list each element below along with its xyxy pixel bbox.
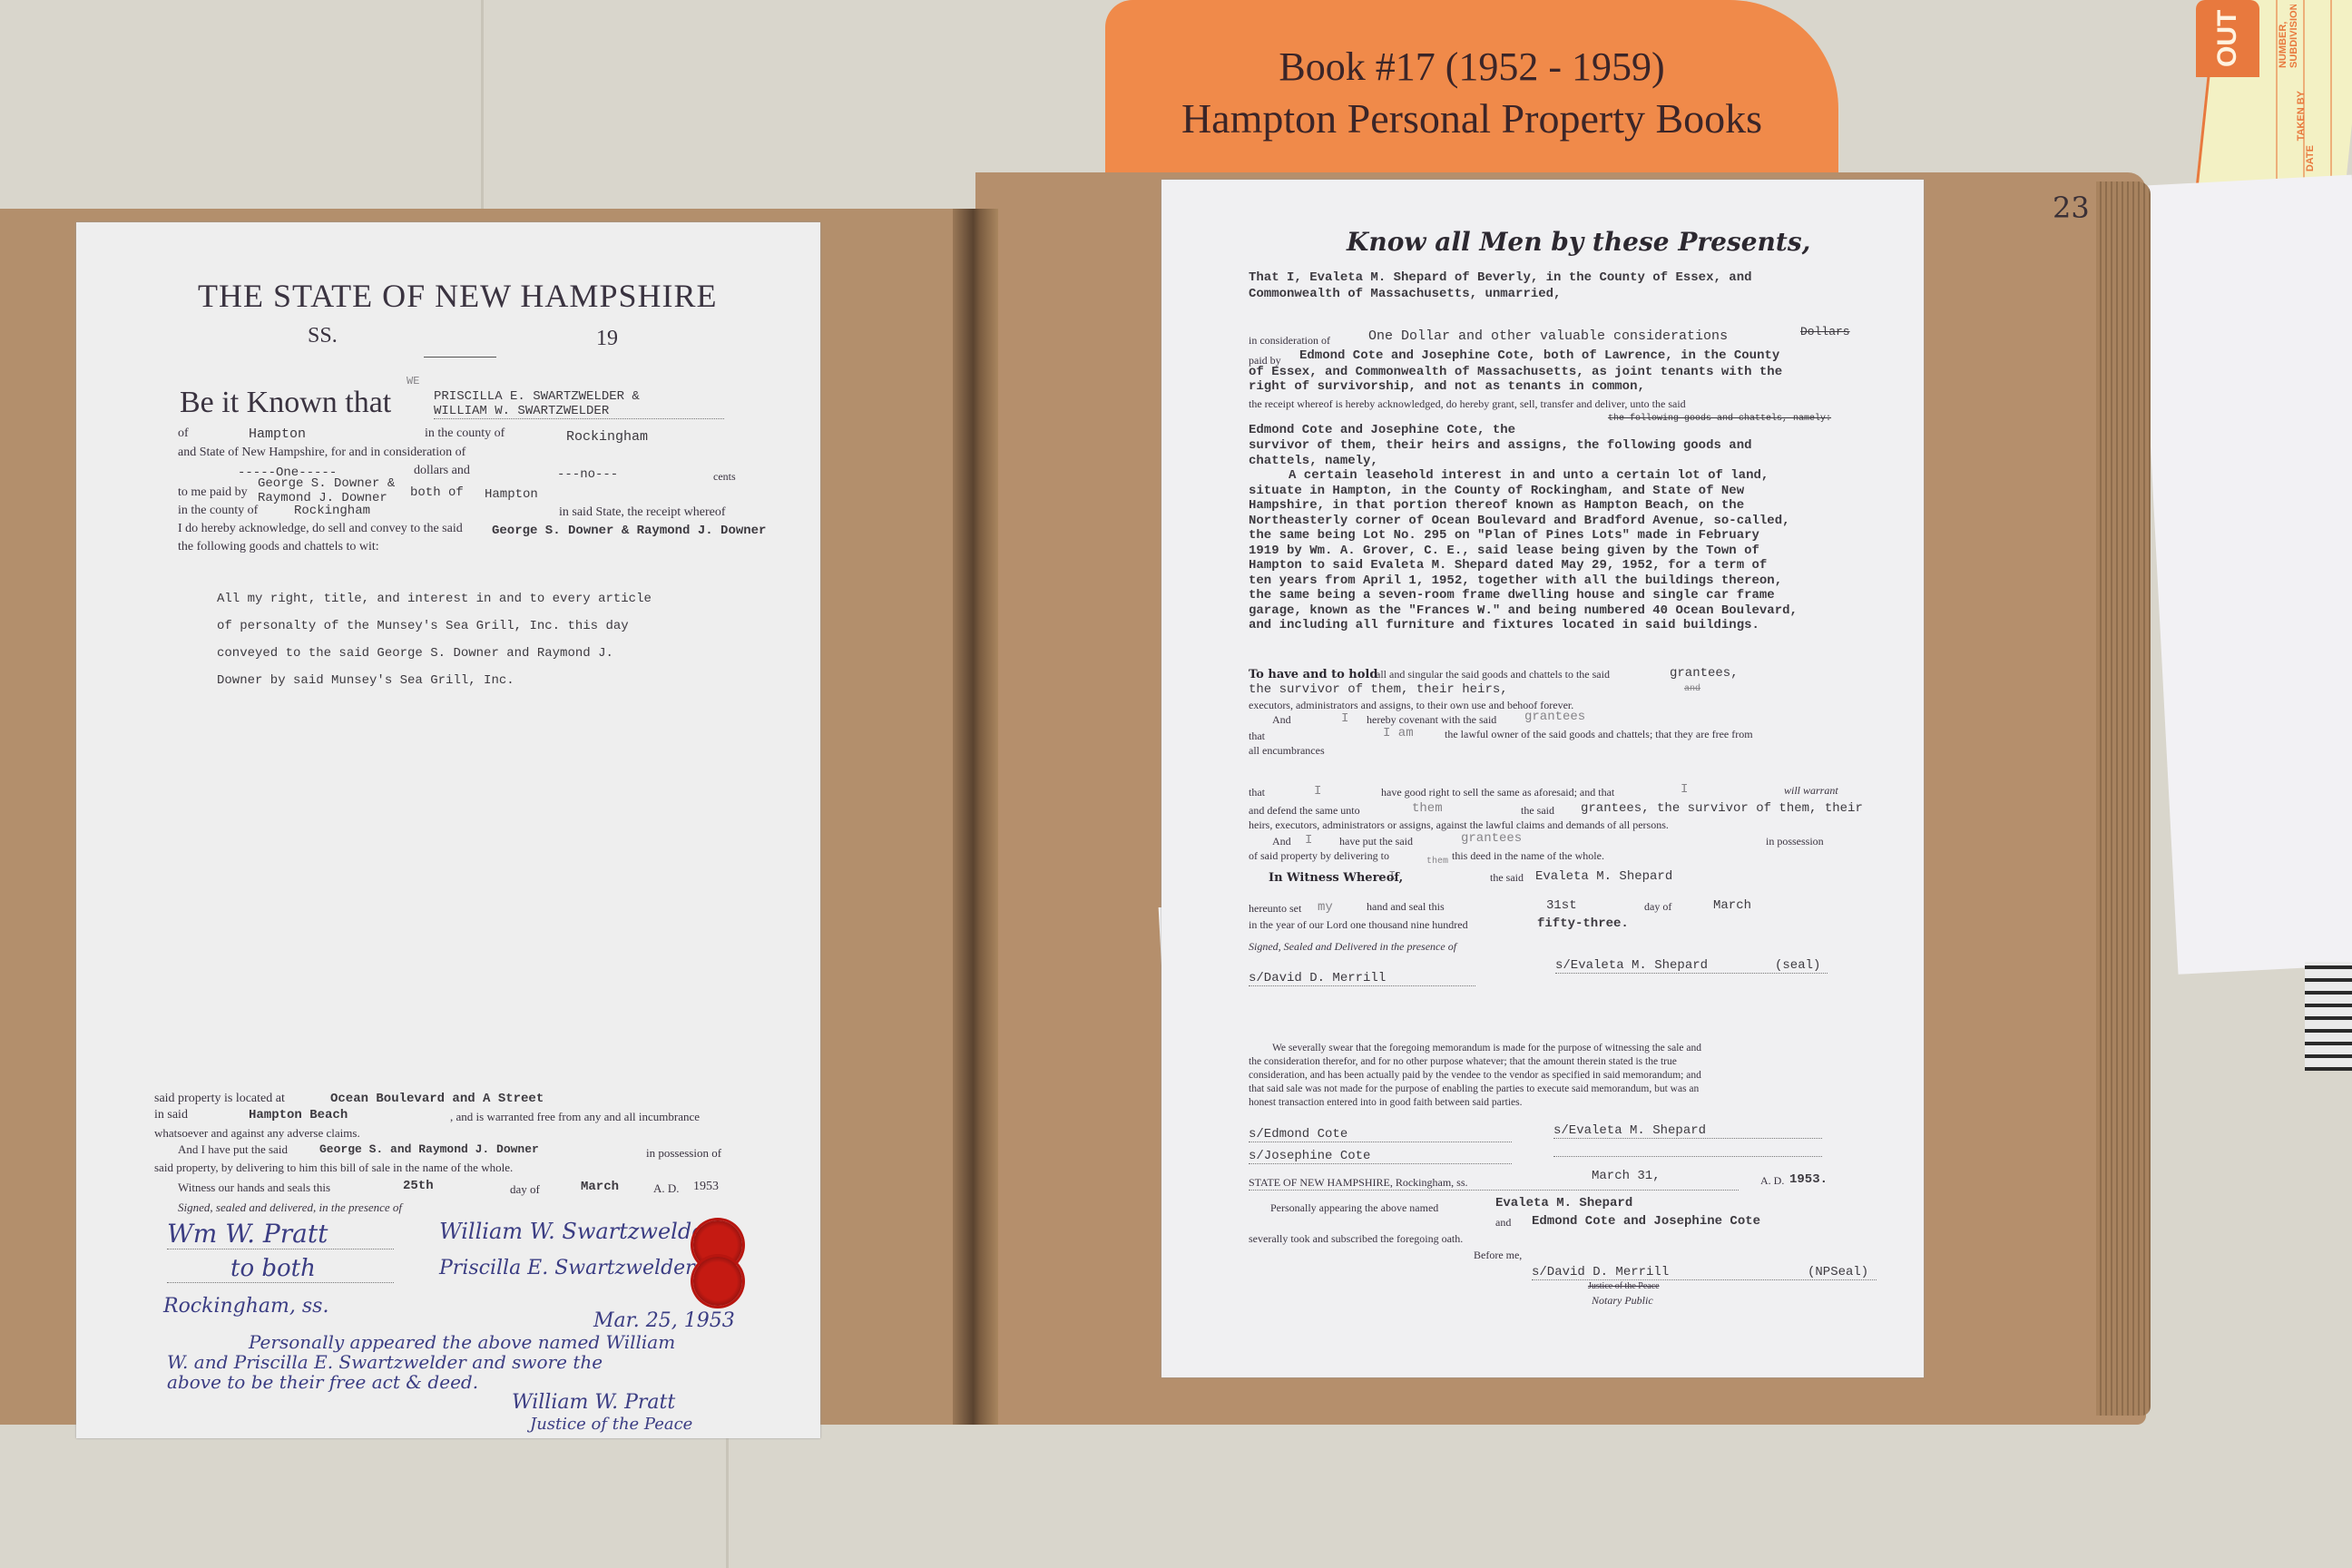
- handwritten-ack-line: above to be their free act & deed.: [167, 1371, 478, 1393]
- bill-of-sale-document: THE STATE OF NEW HAMPSHIRE SS. 19 Be it …: [76, 222, 820, 1438]
- year-blank-line: [424, 357, 496, 358]
- possession-label: And I have put the said: [178, 1142, 288, 1157]
- witness-heading: In Witness Whereof,: [1269, 871, 1403, 885]
- handwritten-county: Rockingham, ss.: [163, 1295, 328, 1318]
- witness-year: 1953: [693, 1180, 719, 1194]
- goods-line: Downer by said Munsey's Sea Grill, Inc.: [217, 667, 652, 694]
- that-label: that: [1249, 730, 1265, 743]
- description-line: Northeasterly corner of Ocean Boulevard …: [1249, 514, 1798, 529]
- in-said-label: in said: [154, 1108, 188, 1122]
- description-line: A certain leasehold interest in and unto…: [1249, 468, 1798, 484]
- paid-by-line: of Essex, and Commonwealth of Massachuse…: [1249, 365, 1782, 379]
- description-line: ten years from April 1, 1952, together w…: [1249, 573, 1798, 589]
- description-line: situate in Hampton, in the County of Roc…: [1249, 484, 1798, 499]
- description-line: Hampton to said Evaleta M. Shepard dated…: [1249, 558, 1798, 573]
- be-it-known-heading: Be it Known that: [180, 386, 391, 420]
- located-label: said property is located at: [154, 1092, 285, 1106]
- witness-i: I: [1388, 869, 1396, 884]
- oath-line: We severally swear that the foregoing me…: [1249, 1042, 1820, 1055]
- in-said-place: Hampton Beach: [249, 1108, 348, 1122]
- grantees-line: Edmond Cote and Josephine Cote, the: [1249, 423, 1515, 437]
- oath-paragraph: We severally swear that the foregoing me…: [1249, 1042, 1820, 1110]
- intro-line: That I, Evaleta M. Shepard of Beverly, i…: [1249, 270, 1752, 285]
- right-text: have good right to sell the same as afor…: [1381, 786, 1614, 799]
- county-label: in the county of: [425, 426, 505, 441]
- jurat-date: March 31,: [1592, 1169, 1661, 1183]
- book-label-title: Book #17 (1952 - 1959): [1105, 44, 1838, 90]
- my-insert: my: [1318, 900, 1333, 915]
- out-card-col-number: NUMBER, SUBDIVISION: [2278, 5, 2299, 68]
- adverse-text: whatsoever and against any adverse claim…: [154, 1126, 360, 1141]
- jurat-year: 1953.: [1789, 1172, 1828, 1187]
- right-i-2: I: [1681, 782, 1688, 797]
- put-text: have put the said: [1339, 835, 1413, 848]
- handwritten-ack-line: W. and Priscilla E. Swartzwelder and swo…: [167, 1351, 603, 1373]
- description-line: Hampshire, in that portion thereof known…: [1249, 498, 1798, 514]
- convey-text: I do hereby acknowledge, do sell and con…: [178, 522, 463, 536]
- covenant-i: I: [1341, 711, 1348, 726]
- put-grantees: grantees: [1461, 831, 1522, 846]
- deed-document: Know all Men by these Presents, That I, …: [1161, 180, 1924, 1377]
- habendum-heading: To have and to hold: [1249, 668, 1377, 681]
- loose-white-sheet: [2137, 175, 2352, 975]
- deliver-text: of said property by delivering to: [1249, 849, 1389, 863]
- warranted-text: , and is warranted free from any and all…: [450, 1110, 700, 1124]
- deliver-rest: this deed in the name of the whole.: [1452, 849, 1604, 863]
- oath-line: the consideration therefor, and for no o…: [1249, 1055, 1820, 1069]
- grantor-2: WILLIAM W. SWARTZWELDER: [434, 404, 724, 419]
- notary-struck-title: Justice of the Peace: [1588, 1281, 1660, 1291]
- covenant-and: And: [1272, 713, 1291, 727]
- deed-day: 31st: [1546, 898, 1577, 913]
- grantee-county: Rockingham: [294, 504, 370, 518]
- table-seam: [726, 1416, 729, 1568]
- deed-month: March: [1713, 898, 1751, 913]
- year-prefix: 19: [596, 327, 618, 351]
- goods-line: of personalty of the Munsey's Sea Grill,…: [217, 612, 652, 640]
- notary-seal-label: (NPSeal): [1808, 1265, 1868, 1279]
- habendum-grantees: grantees,: [1670, 666, 1739, 681]
- witness-day: 25th: [403, 1179, 434, 1193]
- grantor-town: Hampton: [249, 426, 306, 442]
- paid-by-label: to me paid by: [178, 485, 248, 500]
- page-edges: [2096, 181, 2151, 1416]
- county-label-2: in the county of: [178, 504, 258, 518]
- cents-amount: ---no---: [557, 467, 618, 482]
- paid-by-line: Edmond Cote and Josephine Cote, both of …: [1299, 348, 1779, 363]
- defend-names: grantees, the survivor of them, their: [1581, 801, 1863, 816]
- state-heading: THE STATE OF NEW HAMPSHIRE: [198, 277, 717, 315]
- justice-title: Justice of the Peace: [530, 1415, 692, 1434]
- to-both-note: to both: [167, 1255, 394, 1283]
- dollars-label: dollars and: [414, 464, 470, 478]
- description-line: 1919 by Wm. A. Grover, C. E., said lease…: [1249, 544, 1798, 559]
- year-text: in the year of our Lord one thousand nin…: [1249, 918, 1468, 932]
- hereunto-text: hereunto set: [1249, 902, 1301, 916]
- appearing-text: Personally appearing the above named: [1270, 1201, 1438, 1215]
- receipt-text: the receipt whereof is hereby acknowledg…: [1249, 397, 1686, 411]
- in-possession: in possession: [1766, 835, 1824, 848]
- we-insert: WE: [407, 375, 419, 387]
- jurat-state: STATE OF NEW HAMPSHIRE, Rockingham, ss.: [1249, 1176, 1739, 1191]
- signed-presence-text: Signed, sealed and delivered, in the pre…: [178, 1200, 402, 1215]
- day-of-label: day of: [510, 1182, 540, 1197]
- put-and: And: [1272, 835, 1291, 848]
- oath-signature: s/Edmond Cote: [1249, 1127, 1512, 1142]
- grantees-line: chattels, namely,: [1249, 454, 1378, 468]
- table-seam: [481, 0, 484, 218]
- witness-month: March: [581, 1180, 619, 1194]
- deed-day-of: day of: [1644, 900, 1671, 914]
- grantor-signature-2: Priscilla E. Swartzwelder: [439, 1257, 695, 1279]
- goods-description: All my right, title, and interest in and…: [217, 585, 652, 694]
- oath-line: consideration, and has been actually pai…: [1249, 1069, 1820, 1083]
- encumbrances-text: all encumbrances: [1249, 744, 1325, 758]
- grantee-1: George S. Downer &: [258, 476, 395, 491]
- oath-signature-line: [1553, 1156, 1822, 1157]
- intro-line: Commonwealth of Massachusetts, unmarried…: [1249, 287, 1561, 301]
- goods-line: All my right, title, and interest in and…: [217, 585, 652, 612]
- handwritten-ack-line: Personally appeared the above named Will…: [249, 1331, 675, 1353]
- goods-line: conveyed to the said George S. Downer an…: [217, 640, 652, 667]
- will-warrant: will warrant: [1784, 784, 1838, 798]
- property-description: A certain leasehold interest in and unto…: [1249, 468, 1798, 633]
- consideration-amount: One Dollar and other valuable considerat…: [1368, 328, 1728, 344]
- appearing-name-2: Edmond Cote and Josephine Cote: [1532, 1214, 1760, 1229]
- defend-them: them: [1412, 801, 1443, 816]
- page-number: 23: [2053, 191, 2090, 225]
- appearing-name-1: Evaleta M. Shepard: [1495, 1196, 1632, 1210]
- witness-signature: Wm W. Pratt: [167, 1219, 394, 1249]
- ad-label: A. D.: [653, 1181, 680, 1196]
- put-i: I: [1305, 833, 1312, 848]
- right-i: I: [1314, 784, 1321, 799]
- oath-signature: s/Josephine Cote: [1249, 1149, 1512, 1164]
- description-line: and including all furniture and fixtures…: [1249, 618, 1798, 633]
- seal-label: (seal): [1775, 958, 1820, 973]
- justice-signature: William W. Pratt: [512, 1391, 675, 1414]
- i-am: I am: [1383, 726, 1414, 740]
- possession-of: in possession of: [646, 1146, 721, 1161]
- wax-seal: [693, 1257, 742, 1306]
- out-card-col-date: DATE: [2305, 145, 2316, 171]
- handwritten-date: Mar. 25, 1953: [593, 1309, 735, 1332]
- description-line: garage, known as the "Frances W." and be…: [1249, 603, 1798, 619]
- witness-name: Evaleta M. Shepard: [1535, 869, 1672, 884]
- paid-by-line: right of survivorship, and not as tenant…: [1249, 379, 1645, 394]
- located-at: Ocean Boulevard and A Street: [330, 1092, 544, 1106]
- book-gutter: [953, 209, 998, 1425]
- delivering-text: said property, by delivering to him this…: [154, 1161, 513, 1175]
- covenant-text: hereby covenant with the said: [1367, 713, 1496, 727]
- spiral-notebook-binding: [2305, 962, 2352, 1071]
- habendum-and: and: [1684, 684, 1700, 694]
- oath-line: that said sale was not made for the purp…: [1249, 1083, 1820, 1096]
- receipt-text: in said State, the receipt whereof: [559, 505, 725, 520]
- oath-line: honest transaction entered into in good …: [1249, 1096, 1820, 1110]
- notary-title: Notary Public: [1592, 1294, 1653, 1308]
- description-line: the same being Lot No. 295 on "Plan of P…: [1249, 528, 1798, 544]
- jurat-ad: A. D.: [1760, 1174, 1784, 1188]
- cents-label: cents: [713, 470, 736, 484]
- defend-text: and defend the same unto: [1249, 804, 1360, 818]
- goods-text: the following goods and chattels to wit:: [178, 540, 379, 554]
- appearing-and: and: [1495, 1216, 1511, 1230]
- owner-text: the lawful owner of the said goods and c…: [1445, 728, 1753, 741]
- oath-signature: s/Evaleta M. Shepard: [1553, 1123, 1822, 1139]
- consideration-label: in consideration of: [1249, 334, 1330, 348]
- before-me: Before me,: [1474, 1249, 1522, 1262]
- of-label: of: [178, 426, 189, 441]
- ss-label: SS.: [308, 324, 338, 348]
- witness-label: Witness our hands and seals this: [178, 1181, 330, 1195]
- convey-to-names: George S. Downer & Raymond J. Downer: [492, 524, 766, 538]
- covenant-grantees: grantees: [1524, 710, 1585, 724]
- subscribed-text: severally took and subscribed the forego…: [1249, 1232, 1463, 1246]
- grantees-line: survivor of them, their heirs and assign…: [1249, 438, 1752, 453]
- deliver-them: them: [1426, 857, 1448, 867]
- hand-seal-text: hand and seal this: [1367, 900, 1445, 914]
- grantee-town: Hampton: [485, 487, 538, 502]
- out-card-tab: OUT: [2196, 0, 2259, 77]
- description-line: the same being a seven-room frame dwelli…: [1249, 588, 1798, 603]
- deed-year: fifty-three.: [1537, 916, 1629, 931]
- book-label-subtitle: Hampton Personal Property Books: [1105, 94, 1838, 142]
- heirs-text: heirs, executors, administrators or assi…: [1249, 818, 1669, 832]
- struck-line: the following goods and chattels, namely…: [1608, 414, 1831, 424]
- that-label-2: that: [1249, 786, 1265, 799]
- grantor-county: Rockingham: [566, 429, 648, 445]
- grantor-1: PRISCILLA E. SWARTZWELDER &: [434, 389, 640, 404]
- possession-names: George S. and Raymond J. Downer: [319, 1142, 539, 1156]
- out-card-col-taken-by: TAKEN BY: [2296, 91, 2307, 141]
- deed-heading: Know all Men by these Presents,: [1347, 227, 1810, 257]
- both-of: both of: [410, 485, 464, 500]
- witness-said: the said: [1490, 871, 1524, 885]
- signed-presence-text: Signed, Sealed and Delivered in the pres…: [1249, 940, 1456, 954]
- habendum-line: the survivor of them, their heirs,: [1249, 682, 1508, 697]
- habendum-text: all and singular the said goods and chat…: [1376, 668, 1610, 681]
- the-said: the said: [1521, 804, 1554, 818]
- consideration-text: and State of New Hampshire, for and in c…: [178, 446, 465, 460]
- grantor-signature-1: William W. Swartzwelder: [439, 1219, 715, 1244]
- witness-signature: s/David D. Merrill: [1249, 971, 1475, 986]
- struck-dollars: Dollars: [1800, 325, 1850, 338]
